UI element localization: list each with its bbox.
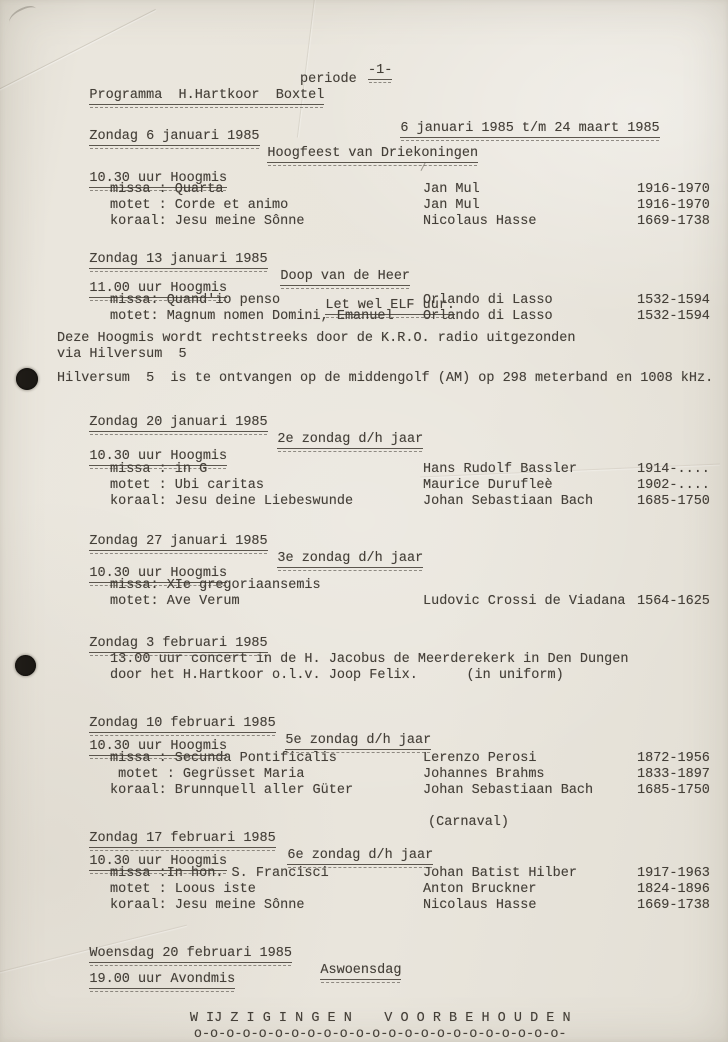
scanned-program-page: -1- Programma H.Hartkoor Boxtel periode …	[0, 0, 728, 1042]
mass-time-row: 10.30 uur Hoogmis	[0, 723, 728, 739]
broadcast-note: Hilversum 5 is te ontvangen op de midden…	[57, 371, 713, 387]
piece-years: 1685-1750	[637, 783, 710, 799]
piece-years: 1872-1956	[637, 751, 710, 767]
mass-time-row: 19.00 uur Avondmis	[0, 956, 728, 972]
piece-entry: motet : Gegrüsset Maria	[110, 767, 304, 783]
section-date: Zondag 27 januari 1985	[89, 534, 267, 551]
broadcast-note: Deze Hoogmis wordt rechtstreeks door de …	[57, 331, 575, 347]
mass-time-row: 11.00 uur Hoogmis Let wel ELF uur.	[0, 265, 728, 281]
piece-years: 1532-1594	[637, 293, 710, 309]
piece-entry: motet: Ave Verum	[110, 594, 240, 610]
piece-composer: Jan Mul	[423, 182, 480, 198]
piece-row: koraal: Brunnquell aller Güter Johan Seb…	[0, 783, 728, 799]
footer-divider-row: o-o-o-o-o-o-o-o-o-o-o-o-o-o-o-o-o-o-o-o-…	[0, 1011, 728, 1027]
piece-years: 1564-1625	[637, 594, 710, 610]
piece-composer: Johan Sebastiaan Bach	[423, 494, 593, 510]
piece-row: koraal: Jesu deine Liebeswunde Johan Seb…	[0, 494, 728, 510]
section-extra: (Carnaval)	[428, 815, 509, 831]
piece-years: 1914-....	[637, 462, 710, 478]
mass-time: 19.00 uur Avondmis	[89, 972, 235, 989]
note-line: via Hilversum 5	[0, 347, 728, 363]
piece-row: missa :In hon. S. Francisci Johan Batist…	[0, 866, 728, 882]
piece-years: 1532-1594	[637, 309, 710, 325]
piece-row: missa : Quarta Jan Mul 1916-1970	[0, 182, 728, 198]
section-heading: Zondag 20 januari 1985 2e zondag d/h jaa…	[0, 399, 728, 415]
section-heading: Zondag 6 januari 1985 Hoogfeest van Drie…	[0, 113, 728, 129]
piece-composer: Lerenzo Perosi	[423, 751, 536, 767]
section-heading: Zondag 3 februari 1985	[0, 620, 728, 636]
section-heading: Zondag 10 februari 1985 5e zondag d/h ja…	[0, 700, 728, 716]
piece-years: 1669-1738	[637, 214, 710, 230]
piece-row: missa : Secunda Pontificalis Lerenzo Per…	[0, 751, 728, 767]
piece-years: 1917-1963	[637, 866, 710, 882]
piece-composer: Johan Batist Hilber	[423, 866, 577, 882]
mass-time-row: 10.30 uur Hoogmis	[0, 838, 728, 854]
piece-entry: missa : Secunda Pontificalis	[110, 751, 337, 767]
section-date: Zondag 3 februari 1985	[89, 636, 267, 653]
piece-entry: missa: Quand'io penso	[110, 293, 280, 309]
note-line: door het H.Hartkoor o.l.v. Joop Felix. (…	[0, 668, 728, 684]
piece-years: 1824-1896	[637, 882, 710, 898]
mass-time-row: 10.30 uur Hoogmis	[0, 155, 728, 171]
piece-entry: koraal: Jesu meine Sônne	[110, 898, 304, 914]
piece-row: missa: XIe gregoriaansemis	[0, 578, 728, 594]
footer-divider: o-o-o-o-o-o-o-o-o-o-o-o-o-o-o-o-o-o-o-o-…	[194, 1027, 567, 1042]
section-heading: Zondag 13 januari 1985 Doop van de Heer	[0, 236, 728, 252]
piece-entry: missa : Quarta	[110, 182, 223, 198]
piece-composer: Johan Sebastiaan Bach	[423, 783, 593, 799]
piece-row: motet: Ave Verum Ludovic Crossi de Viada…	[0, 594, 728, 610]
piece-row: motet : Gegrüsset Maria Johannes Brahms …	[0, 767, 728, 783]
page-number-row: -1-	[0, 47, 728, 63]
piece-years: 1902-....	[637, 478, 710, 494]
concert-note: door het H.Hartkoor o.l.v. Joop Felix. (…	[110, 668, 564, 684]
piece-entry: motet : Corde et animo	[110, 198, 288, 214]
piece-entry: koraal: Jesu deine Liebeswunde	[110, 494, 353, 510]
piece-composer: Hans Rudolf Bassler	[423, 462, 577, 478]
section-heading: Woensdag 20 februari 1985 Aswoensdag	[0, 930, 728, 946]
piece-row: motet : Ubi caritas Maurice Durufleè 190…	[0, 478, 728, 494]
piece-composer: Nicolaus Hasse	[423, 214, 536, 230]
piece-composer: Nicolaus Hasse	[423, 898, 536, 914]
mass-time-row: 10.30 uur Hoogmis	[0, 433, 728, 449]
note-line: Hilversum 5 is te ontvangen op de midden…	[0, 371, 728, 387]
piece-entry: koraal: Brunnquell aller Güter	[110, 783, 353, 799]
section-heading: Zondag 17 februari 1985 6e zondag d/h ja…	[0, 815, 728, 831]
piece-row: koraal: Jesu meine Sônne Nicolaus Hasse …	[0, 898, 728, 914]
periode-label: periode	[300, 72, 357, 88]
piece-composer: Jan Mul	[423, 198, 480, 214]
piece-entry: motet : Ubi caritas	[110, 478, 264, 494]
piece-composer: Orlando di Lasso	[423, 309, 553, 325]
piece-row: motet: Magnum nomen Domini, Emanuel Orla…	[0, 309, 728, 325]
concert-note: 13.00 uur concert in de H. Jacobus de Me…	[110, 652, 628, 668]
piece-entry: koraal: Jesu meine Sônne	[110, 214, 304, 230]
piece-entry: missa : in G	[110, 462, 207, 478]
piece-entry: missa: XIe gregoriaansemis	[110, 578, 321, 594]
footer-notice-row: W IJ Z I G I N G E N V O O R B E H O U D…	[0, 995, 728, 1011]
note-line: Deze Hoogmis wordt rechtstreeks door de …	[0, 331, 728, 347]
piece-years: 1669-1738	[637, 898, 710, 914]
piece-entry: missa :In hon. S. Francisci	[110, 866, 329, 882]
piece-row: koraal: Jesu meine Sônne Nicolaus Hasse …	[0, 214, 728, 230]
piece-years: 1685-1750	[637, 494, 710, 510]
piece-entry: motet: Magnum nomen Domini, Emanuel	[110, 309, 394, 325]
piece-row: motet : Corde et animo Jan Mul 1916-1970	[0, 198, 728, 214]
piece-row: motet : Loous iste Anton Bruckner 1824-1…	[0, 882, 728, 898]
piece-row: missa : in G Hans Rudolf Bassler 1914-..…	[0, 462, 728, 478]
piece-years: 1833-1897	[637, 767, 710, 783]
piece-composer: Ludovic Crossi de Viadana	[423, 594, 626, 610]
pencil-mark	[6, 3, 40, 29]
section-heading: Zondag 27 januari 1985 3e zondag d/h jaa…	[0, 518, 728, 534]
piece-years: 1916-1970	[637, 198, 710, 214]
piece-composer: Maurice Durufleè	[423, 478, 553, 494]
piece-row: missa: Quand'io penso Orlando di Lasso 1…	[0, 293, 728, 309]
note-line: 13.00 uur concert in de H. Jacobus de Me…	[0, 652, 728, 668]
piece-composer: Orlando di Lasso	[423, 293, 553, 309]
section-date: Zondag 20 januari 1985	[89, 415, 267, 432]
document-title: Programma H.Hartkoor Boxtel periode 6 ja…	[0, 72, 728, 88]
piece-entry: motet : Loous iste	[110, 882, 256, 898]
broadcast-note: via Hilversum 5	[57, 347, 187, 363]
piece-composer: Anton Bruckner	[423, 882, 536, 898]
mass-time-row: 10.30 uur Hoogmis	[0, 550, 728, 566]
program-title: Programma H.Hartkoor Boxtel	[89, 88, 324, 105]
section-date: Zondag 6 januari 1985	[89, 129, 259, 146]
piece-years: 1916-1970	[637, 182, 710, 198]
piece-composer: Johannes Brahms	[423, 767, 545, 783]
